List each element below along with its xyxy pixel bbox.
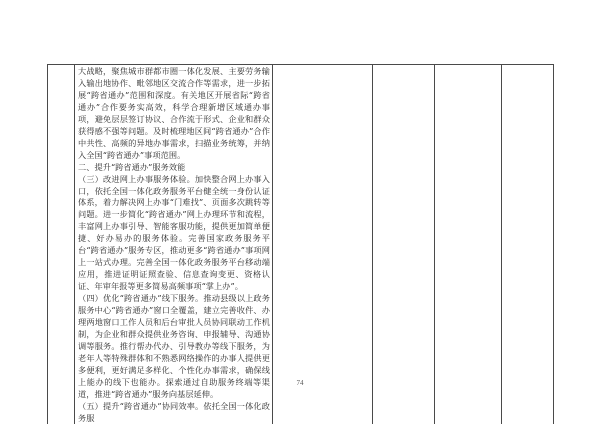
table-cell-col3 (273, 65, 373, 424)
paragraph-online-service: （三）改进网上办事服务体验。加快整合网上办事入口，依托全国一体化政务服务平台健全… (78, 174, 270, 294)
policy-table: 大战略，聚焦城市群都市圈一体化发展、主要劳务输入输出地协作、毗邻地区交流合作等需… (47, 64, 554, 424)
table-cell-col4 (373, 65, 435, 424)
paragraph-strategy: 大战略，聚焦城市群都市圈一体化发展、主要劳务输入输出地协作、毗邻地区交流合作等需… (78, 66, 270, 162)
table-cell-index (48, 65, 75, 424)
page-number: 74 (0, 379, 600, 387)
table-row: 大战略，聚焦城市群都市圈一体化发展、主要劳务输入输出地协作、毗邻地区交流合作等需… (48, 65, 554, 424)
section-heading-service-efficiency: 二、提升“跨省通办”服务效能 (78, 162, 270, 174)
table-cell-content: 大战略，聚焦城市群都市圈一体化发展、主要劳务输入输出地协作、毗邻地区交流合作等需… (75, 65, 273, 424)
paragraph-coordination: （五）提升“跨省通办”协同效率。依托全国一体化政务服 (78, 401, 270, 424)
document-page: 大战略，聚焦城市群都市圈一体化发展、主要劳务输入输出地协作、毗邻地区交流合作等需… (0, 0, 600, 424)
table-cell-col5 (435, 65, 502, 424)
table-cell-col6 (502, 65, 554, 424)
